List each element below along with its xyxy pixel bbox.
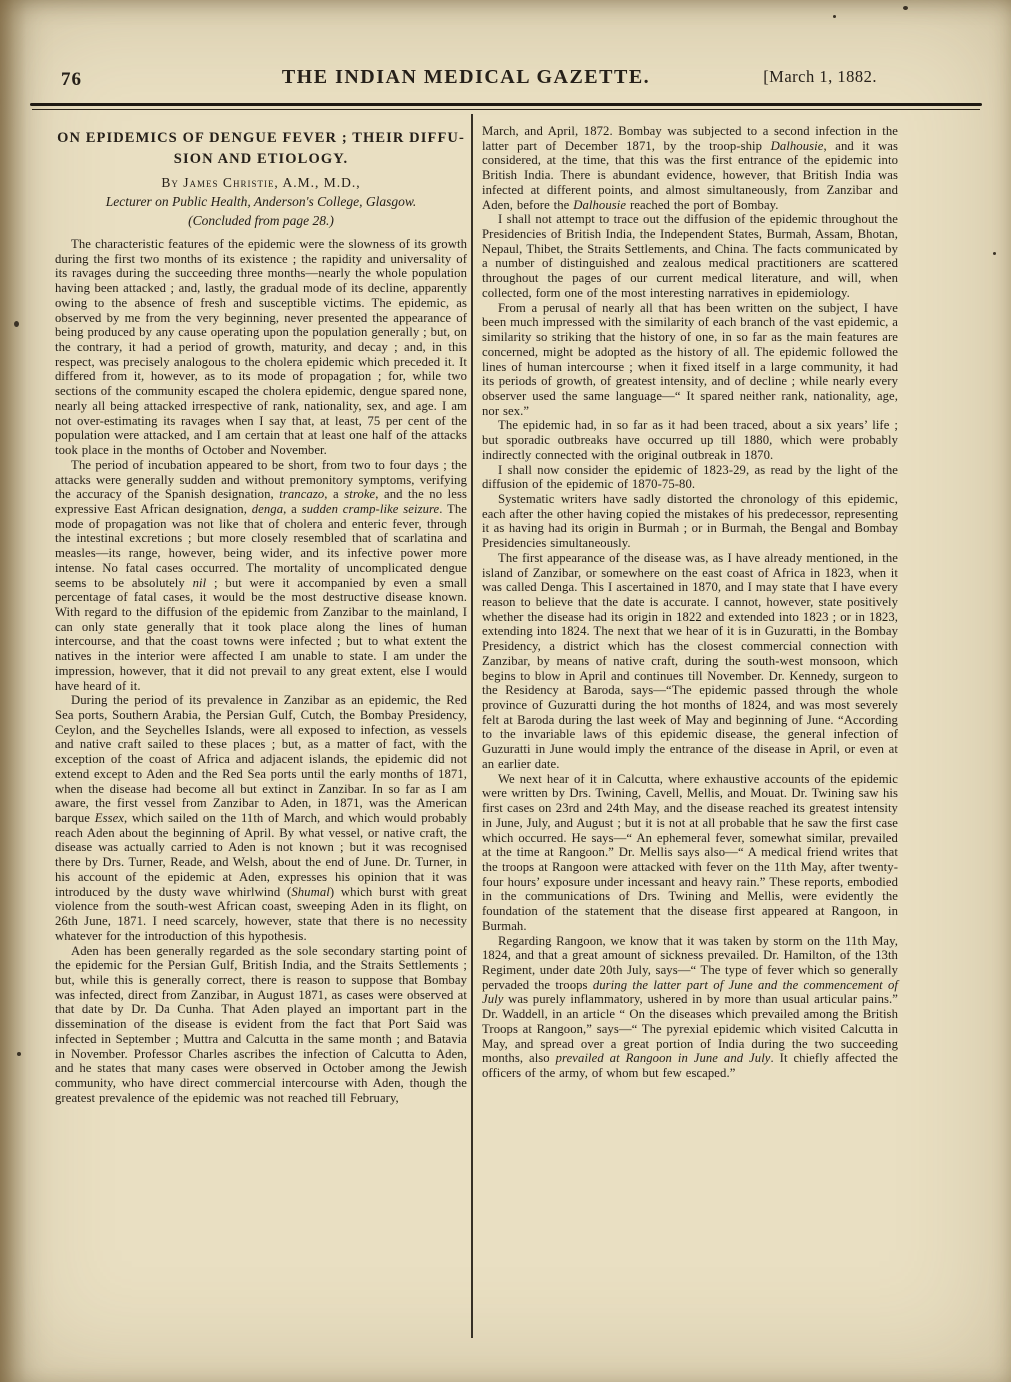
paragraph: The first appearance of the disease was,… <box>482 551 898 772</box>
paragraph: The epidemic had, in so far as it had be… <box>482 418 898 462</box>
article-affiliation: Lecturer on Public Health, Anderson's Co… <box>55 192 467 211</box>
page-header: 76 THE INDIAN MEDICAL GAZETTE. [March 1,… <box>55 64 877 94</box>
continuation-note: (Concluded from page 28.) <box>55 211 467 230</box>
article-title: ON EPIDEMICS OF DENGUE FEVER ; THEIR DIF… <box>55 128 467 170</box>
header-rule-thin <box>32 109 980 110</box>
left-column: ON EPIDEMICS OF DENGUE FEVER ; THEIR DIF… <box>55 128 467 1105</box>
paragraph: Regarding Rangoon, we know that it was t… <box>482 934 898 1081</box>
paper-speck <box>833 15 836 18</box>
left-column-text: The characteristic features of the epide… <box>55 237 467 1105</box>
article-byline: By James Christie, A.M., M.D., <box>55 173 467 192</box>
paper-speck <box>903 6 908 10</box>
paragraph: Systematic writers have sadly distorted … <box>482 492 898 551</box>
paper-speck <box>993 252 996 255</box>
right-column-text: March, and April, 1872. Bombay was subje… <box>482 124 898 1081</box>
paragraph: From a perusal of nearly all that has be… <box>482 301 898 419</box>
paragraph: I shall not attempt to trace out the dif… <box>482 212 898 300</box>
paragraph: I shall now consider the epidemic of 182… <box>482 463 898 492</box>
paragraph: We next hear of it in Calcutta, where ex… <box>482 772 898 934</box>
paragraph: The characteristic features of the epide… <box>55 237 467 458</box>
header-rule-thick <box>30 103 982 106</box>
paragraph: During the period of its prevalence in Z… <box>55 693 467 943</box>
issue-date: [March 1, 1882. <box>763 67 877 87</box>
article-title-line2: SION AND ETIOLOGY. <box>174 151 348 167</box>
paragraph: The period of incubation appeared to be … <box>55 458 467 694</box>
paragraph: Aden has been generally regarded as the … <box>55 944 467 1106</box>
paper-speck <box>14 321 19 327</box>
paragraph: March, and April, 1872. Bombay was subje… <box>482 124 898 212</box>
paper-speck <box>17 1052 21 1056</box>
scanned-page: 76 THE INDIAN MEDICAL GAZETTE. [March 1,… <box>0 0 1011 1382</box>
journal-title: THE INDIAN MEDICAL GAZETTE. <box>55 66 877 89</box>
binding-shadow <box>0 0 26 1382</box>
article-header: ON EPIDEMICS OF DENGUE FEVER ; THEIR DIF… <box>55 128 467 230</box>
column-divider <box>471 114 473 1338</box>
article-title-line1: ON EPIDEMICS OF DENGUE FEVER ; THEIR DIF… <box>57 130 465 146</box>
right-column: March, and April, 1872. Bombay was subje… <box>482 124 898 1081</box>
